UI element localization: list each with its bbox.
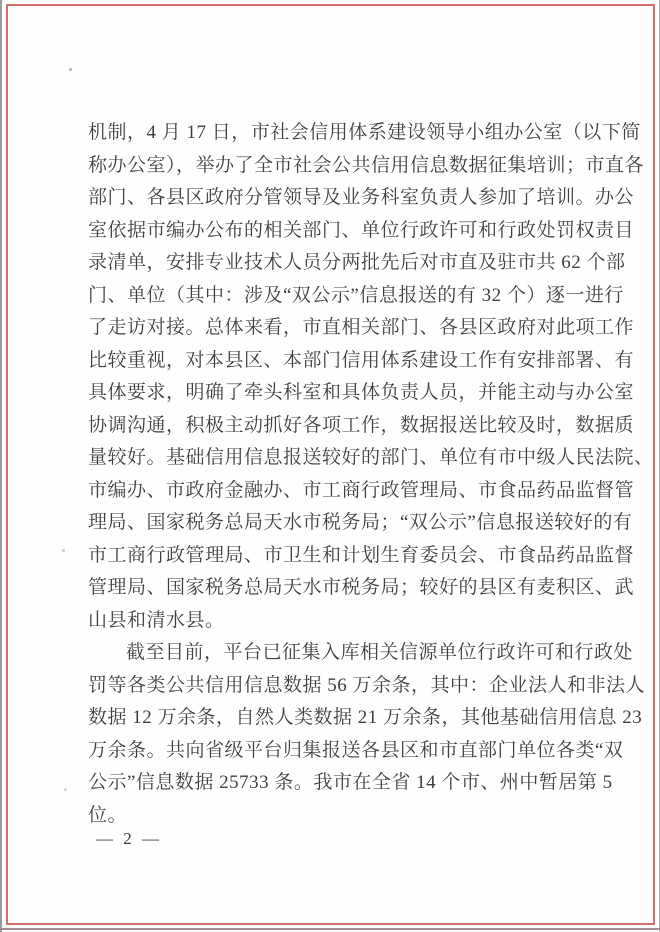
text-line: 部门、各县区政府分管领导及业务科室负责人参加了培训。办公 — [88, 182, 574, 215]
text-line: 罚等各类公共信用信息数据 56 万余条，其中：企业法人和非法人 — [88, 670, 574, 703]
text-line: 市工商行政管理局、市卫生和计划生育委员会、市食品药品监督 — [88, 540, 574, 573]
scan-edge-left — [0, 0, 2, 932]
text-line: 万余条。共向省级平台归集报送各县区和市直部门单位各类“双 — [88, 735, 574, 768]
text-line: 公示”信息数据 25733 条。我市在全省 14 个市、州中暂居第 5 — [88, 767, 574, 800]
scan-edge-bottom — [0, 928, 660, 930]
text-line: 量较好。基础信用信息报送较好的部门、单位有市中级人民法院、 — [88, 442, 574, 475]
text-line: 机制，4 月 17 日，市社会信用体系建设领导小组办公室（以下简 — [88, 117, 574, 150]
text-line: 理局、国家税务总局天水市税务局；“双公示”信息报送较好的有 — [88, 507, 574, 540]
text-line: 具体要求，明确了牵头科室和具体负责人员，并能主动与办公室 — [88, 377, 574, 410]
text-line: 山县和清水县。 — [88, 605, 574, 638]
text-line: 截至目前，平台已征集入库相关信源单位行政许可和行政处 — [88, 637, 574, 670]
page-number: — 2 — — [96, 829, 162, 849]
scan-speck — [64, 788, 67, 791]
text-line: 比较重视，对本县区、本部门信用体系建设工作有安排部署、有 — [88, 345, 574, 378]
text-line: 协调沟通，积极主动抓好各项工作，数据报送比较及时，数据质 — [88, 410, 574, 443]
text-line: 室依据市编办公布的相关部门、单位行政许可和行政处罚权责目 — [88, 215, 574, 248]
text-line: 位。 — [88, 800, 574, 833]
text-line: 数据 12 万余条，自然人类数据 21 万余条，其他基础信用信息 23 — [88, 702, 574, 735]
text-line: 录清单，安排专业技术人员分两批先后对市直及驻市共 62 个部 — [88, 247, 574, 280]
text-line: 管理局、国家税务总局天水市税务局；较好的县区有麦积区、武 — [88, 572, 574, 605]
text-line: 门、单位（其中：涉及“双公示”信息报送的有 32 个）逐一进行 — [88, 280, 574, 313]
scan-speck — [62, 549, 65, 552]
text-line: 称办公室），举办了全市社会公共信用信息数据征集培训；市直各 — [88, 150, 574, 183]
text-line: 了走访对接。总体来看，市直相关部门、各县区政府对此项工作 — [88, 312, 574, 345]
text-block: 机制，4 月 17 日，市社会信用体系建设领导小组办公室（以下简称办公室），举办… — [88, 117, 574, 832]
scanned-document-page: { "page": { "background_color": "#fefefe… — [0, 0, 660, 932]
scan-speck — [69, 68, 72, 71]
text-line: 市编办、市政府金融办、市工商行政管理局、市食品药品监督管 — [88, 475, 574, 508]
